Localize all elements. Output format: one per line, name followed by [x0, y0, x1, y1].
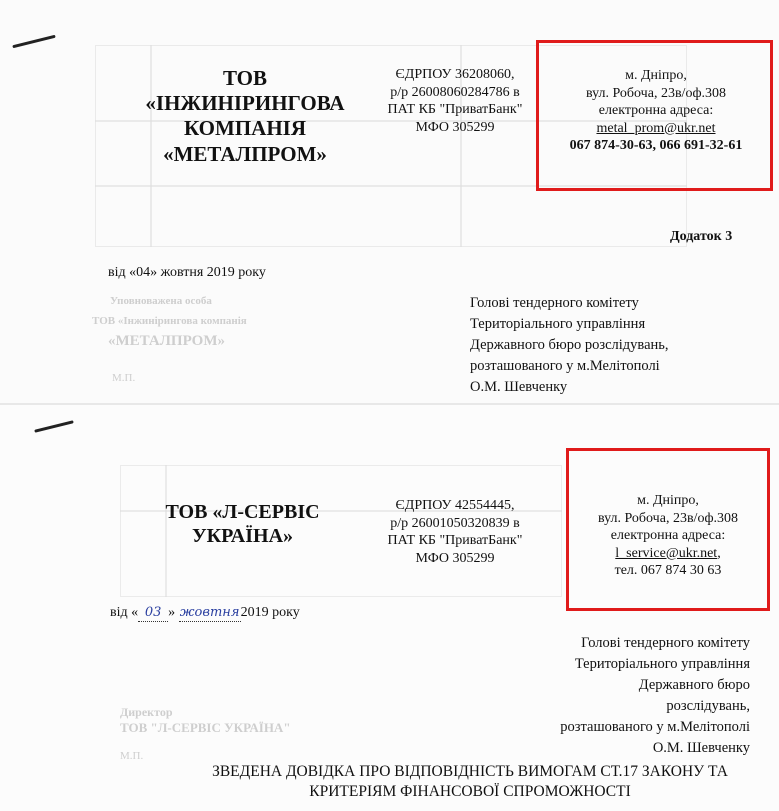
recipient-block: Голові тендерного комітету Територіально… — [470, 293, 669, 398]
address-city: м. Дніпро, — [541, 67, 771, 85]
bleed-through-text: Директор — [120, 705, 173, 720]
bleed-through-text: «МЕТАЛПРОМ» — [108, 333, 225, 350]
title-line: ЗВЕДЕНА ДОВІДКА ПРО ВІДПОВІДНІСТЬ ВИМОГА… — [180, 762, 760, 782]
edrpou: ЄДРПОУ 36208060, — [360, 66, 550, 84]
recipient-line: О.М. Шевченку — [470, 377, 669, 398]
bleed-through-text: М.П. — [112, 372, 135, 384]
appendix-label: Додаток 3 — [670, 229, 732, 245]
email-link[interactable]: metal_prom@ukr.net — [596, 121, 715, 136]
handwritten-day: 03 — [145, 605, 162, 620]
email-link[interactable]: l_service@ukr.net — [615, 546, 717, 561]
company-address: м. Дніпро, вул. Робоча, 23в/оф.308 елект… — [568, 492, 768, 580]
company-name-line: КОМПАНІЯ — [130, 116, 360, 141]
document-page-metalprom: Уповноважена особа ТОВ «Інжинірингова ко… — [0, 0, 779, 405]
address-street: вул. Робоча, 23в/оф.308 — [541, 85, 771, 103]
mfo: МФО 305299 — [360, 550, 550, 568]
company-requisites: ЄДРПОУ 36208060, р/р 26008060284786 в ПА… — [360, 66, 550, 136]
company-name: ТОВ «Л-СЕРВІС УКРАЇНА» — [130, 500, 355, 548]
bank-name: ПАТ КБ "ПриватБанк" — [360, 101, 550, 119]
bleed-through-text: ТОВ «Інжинірингова компанія — [92, 315, 247, 327]
bleed-through-text: Уповноважена особа — [110, 295, 212, 307]
document-page-l-service: Директор ТОВ "Л-СЕРВІС УКРАЇНА" М.П. ТОВ… — [0, 405, 779, 811]
edrpou: ЄДРПОУ 42554445, — [360, 497, 550, 515]
company-address: м. Дніпро, вул. Робоча, 23в/оф.308 елект… — [541, 67, 771, 155]
company-name-line: «ІНЖИНІРИНГОВА — [130, 91, 360, 116]
date-prefix: від « — [110, 605, 138, 620]
date-suffix: 2019 року — [241, 605, 300, 620]
recipient-line: розташованого у м.Мелітополі — [470, 356, 669, 377]
document-date: від «03» жовтня2019 року — [110, 605, 300, 622]
company-name-line: ТОВ «Л-СЕРВІС — [130, 500, 355, 524]
recipient-line: Голові тендерного комітету — [470, 293, 669, 314]
email-label: електронна адреса: — [568, 527, 768, 545]
document-date: від «04» жовтня 2019 року — [108, 265, 266, 281]
bank-account: р/р 26001050320839 в — [360, 515, 550, 533]
email-label: електронна адреса: — [541, 102, 771, 120]
bleed-through-text: ТОВ "Л-СЕРВІС УКРАЇНА" — [120, 720, 291, 736]
phone-numbers: 067 874-30-63, 066 691-32-61 — [541, 137, 771, 155]
mfo: МФО 305299 — [360, 119, 550, 137]
bleed-through-text: М.П. — [120, 750, 143, 762]
recipient-line: Державного бюро розслідувань, — [555, 675, 750, 717]
bank-name: ПАТ КБ "ПриватБанк" — [360, 532, 550, 550]
bank-account: р/р 26008060284786 в — [360, 84, 550, 102]
company-name-line: УКРАЇНА» — [130, 524, 355, 548]
company-name: ТОВ «ІНЖИНІРИНГОВА КОМПАНІЯ «МЕТАЛПРОМ» — [130, 66, 360, 167]
phone-number: тел. 067 874 30 63 — [568, 562, 768, 580]
document-title: ЗВЕДЕНА ДОВІДКА ПРО ВІДПОВІДНІСТЬ ВИМОГА… — [180, 762, 760, 802]
recipient-line: О.М. Шевченку — [555, 738, 750, 759]
handwritten-month: жовтня — [180, 605, 240, 620]
address-city: м. Дніпро, — [568, 492, 768, 510]
company-name-line: «МЕТАЛПРОМ» — [130, 142, 360, 167]
recipient-line: розташованого у м.Мелітополі — [555, 717, 750, 738]
address-street: вул. Робоча, 23в/оф.308 — [568, 510, 768, 528]
company-name-line: ТОВ — [130, 66, 360, 91]
recipient-line: Голові тендерного комітету — [555, 633, 750, 654]
recipient-line: Державного бюро розслідувань, — [470, 335, 669, 356]
pen-mark — [34, 420, 74, 433]
title-line: КРИТЕРІЯМ ФІНАНСОВОЇ СПРОМОЖНОСТІ — [180, 782, 760, 802]
company-requisites: ЄДРПОУ 42554445, р/р 26001050320839 в ПА… — [360, 497, 550, 567]
recipient-line: Територіального управління — [555, 654, 750, 675]
email-suffix: , — [717, 546, 721, 561]
date-middle: » — [168, 605, 175, 620]
pen-mark — [12, 35, 55, 49]
recipient-line: Територіального управління — [470, 314, 669, 335]
recipient-block: Голові тендерного комітету Територіально… — [555, 633, 750, 759]
